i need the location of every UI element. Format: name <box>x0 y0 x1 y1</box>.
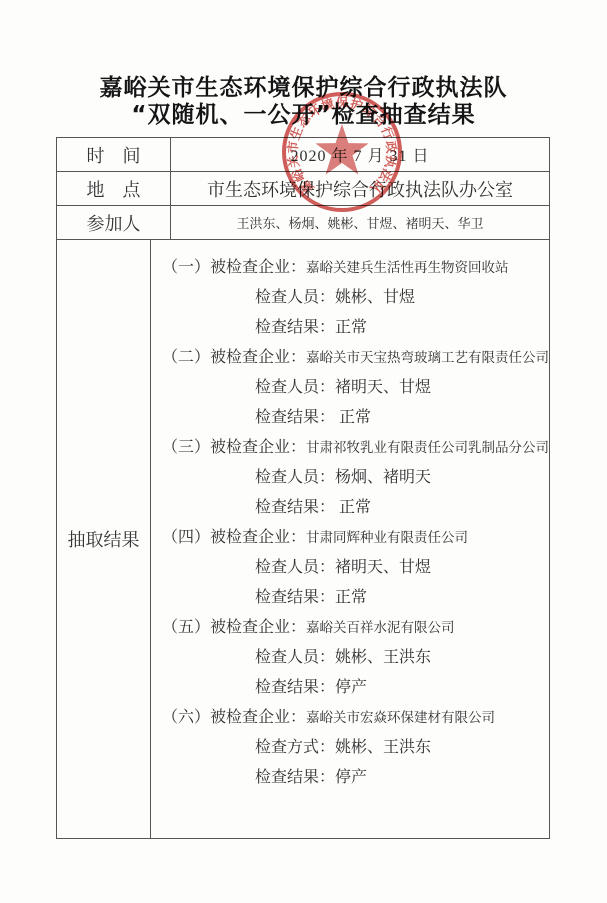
item-number: （六） <box>162 709 210 726</box>
item-number: （一） <box>162 259 210 276</box>
result-item: （二）被检查企业：嘉峪关市天宝热弯玻璃工艺有限责任公司 检查人员：褚明天、甘煜 … <box>151 343 549 433</box>
results-content: （一）被检查企业：嘉峪关建兵生活性再生物资回收站 检查人员：姚彬、甘煜 检查结果… <box>151 240 549 838</box>
document-page: 嘉峪关市生态环境保护综合行政执法队 “双随机、一公开”检查抽查结果 时 间 20… <box>0 0 607 903</box>
company-label: 被检查企业： <box>210 619 306 636</box>
title-line-1: 嘉峪关市生态环境保护综合行政执法队 <box>0 75 607 102</box>
result-item: （五）被检查企业：嘉峪关百祥水泥有限公司 检查人员：姚彬、王洪东 检查结果：停产 <box>151 613 549 703</box>
company-label: 被检查企业： <box>210 529 306 546</box>
result-label: 检查结果： <box>255 679 335 696</box>
result-line: 检查结果：正常 <box>151 583 549 613</box>
company-line: （五）被检查企业：嘉峪关百祥水泥有限公司 <box>151 613 549 643</box>
company-name: 嘉峪关百祥水泥有限公司 <box>306 620 455 635</box>
inspectors-line: 检查人员：姚彬、甘煜 <box>151 283 549 313</box>
company-name: 甘肃同辉种业有限责任公司 <box>306 530 468 545</box>
result-line: 检查结果：正常 <box>151 313 549 343</box>
inspectors-names: 杨炯、褚明天 <box>335 469 431 486</box>
results-label: 抽取结果 <box>57 240 151 838</box>
inspectors-line: 检查人员：褚明天、甘煜 <box>151 373 549 403</box>
inspectors-names: 褚明天、甘煜 <box>335 379 431 396</box>
inspectors-label: 检查人员： <box>255 559 335 576</box>
time-label: 时 间 <box>57 138 171 171</box>
inspectors-names: 姚彬、王洪东 <box>335 649 431 666</box>
inspectors-line: 检查人员：杨炯、褚明天 <box>151 463 549 493</box>
inspectors-names: 姚彬、王洪东 <box>335 739 431 756</box>
inspectors-label: 检查方式： <box>255 739 335 756</box>
place-label: 地 点 <box>57 172 171 205</box>
company-name: 嘉峪关市宏焱环保建材有限公司 <box>306 710 495 725</box>
document-title: 嘉峪关市生态环境保护综合行政执法队 “双随机、一公开”检查抽查结果 <box>0 75 607 129</box>
table-row-results: 抽取结果 （一）被检查企业：嘉峪关建兵生活性再生物资回收站 检查人员：姚彬、甘煜… <box>57 240 549 838</box>
company-line: （六）被检查企业：嘉峪关市宏焱环保建材有限公司 <box>151 703 549 733</box>
result-value: 正常 <box>335 319 367 336</box>
company-label: 被检查企业： <box>210 709 306 726</box>
time-value: 2020 年 7 月 31 日 <box>171 138 549 171</box>
inspectors-names: 褚明天、甘煜 <box>335 559 431 576</box>
item-number: （二） <box>162 349 210 366</box>
inspectors-line: 检查人员：姚彬、王洪东 <box>151 643 549 673</box>
title-line-2: “双随机、一公开”检查抽查结果 <box>0 102 607 129</box>
result-value: 停产 <box>335 769 367 786</box>
table-row-time: 时 间 2020 年 7 月 31 日 <box>57 138 549 172</box>
result-line: 检查结果： 正常 <box>151 403 549 433</box>
participants-value: 王洪东、杨炯、姚彬、甘煜、褚明天、华卫 <box>171 206 549 239</box>
company-line: （二）被检查企业：嘉峪关市天宝热弯玻璃工艺有限责任公司 <box>151 343 549 373</box>
result-label: 检查结果： <box>255 769 335 786</box>
result-label: 检查结果： <box>255 409 335 426</box>
result-item: （一）被检查企业：嘉峪关建兵生活性再生物资回收站 检查人员：姚彬、甘煜 检查结果… <box>151 253 549 343</box>
result-value: 停产 <box>335 679 367 696</box>
result-line: 检查结果： 正常 <box>151 493 549 523</box>
result-value: 正常 <box>335 499 371 516</box>
table-row-participants: 参加人 王洪东、杨炯、姚彬、甘煜、褚明天、华卫 <box>57 206 549 240</box>
item-number: （三） <box>162 439 210 456</box>
company-name: 嘉峪关建兵生活性再生物资回收站 <box>306 260 509 275</box>
inspectors-label: 检查人员： <box>255 289 335 306</box>
company-name: 嘉峪关市天宝热弯玻璃工艺有限责任公司 <box>306 350 549 365</box>
result-item: （三）被检查企业：甘肃祁牧乳业有限责任公司乳制品分公司 检查人员：杨炯、褚明天 … <box>151 433 549 523</box>
result-label: 检查结果： <box>255 319 335 336</box>
company-label: 被检查企业： <box>210 439 306 456</box>
inspectors-line: 检查人员：褚明天、甘煜 <box>151 553 549 583</box>
result-label: 检查结果： <box>255 499 335 516</box>
result-item: （六）被检查企业：嘉峪关市宏焱环保建材有限公司 检查方式：姚彬、王洪东 检查结果… <box>151 703 549 793</box>
company-line: （四）被检查企业：甘肃同辉种业有限责任公司 <box>151 523 549 553</box>
inspectors-names: 姚彬、甘煜 <box>335 289 415 306</box>
result-line: 检查结果：停产 <box>151 673 549 703</box>
participants-label: 参加人 <box>57 206 171 239</box>
company-line: （一）被检查企业：嘉峪关建兵生活性再生物资回收站 <box>151 253 549 283</box>
company-label: 被检查企业： <box>210 349 306 366</box>
table-row-place: 地 点 市生态环境保护综合行政执法队办公室 <box>57 172 549 206</box>
company-name: 甘肃祁牧乳业有限责任公司乳制品分公司 <box>306 440 549 455</box>
inspectors-label: 检查人员： <box>255 379 335 396</box>
result-value: 正常 <box>335 409 371 426</box>
inspectors-label: 检查人员： <box>255 649 335 666</box>
result-item: （四）被检查企业：甘肃同辉种业有限责任公司 检查人员：褚明天、甘煜 检查结果：正… <box>151 523 549 613</box>
result-label: 检查结果： <box>255 589 335 606</box>
inspection-table: 时 间 2020 年 7 月 31 日 地 点 市生态环境保护综合行政执法队办公… <box>56 137 550 839</box>
inspectors-label: 检查人员： <box>255 469 335 486</box>
company-line: （三）被检查企业：甘肃祁牧乳业有限责任公司乳制品分公司 <box>151 433 549 463</box>
company-label: 被检查企业： <box>210 259 306 276</box>
place-value: 市生态环境保护综合行政执法队办公室 <box>171 172 549 205</box>
item-number: （四） <box>162 529 210 546</box>
result-value: 正常 <box>335 589 367 606</box>
item-number: （五） <box>162 619 210 636</box>
inspectors-line: 检查方式：姚彬、王洪东 <box>151 733 549 763</box>
result-line: 检查结果：停产 <box>151 763 549 793</box>
